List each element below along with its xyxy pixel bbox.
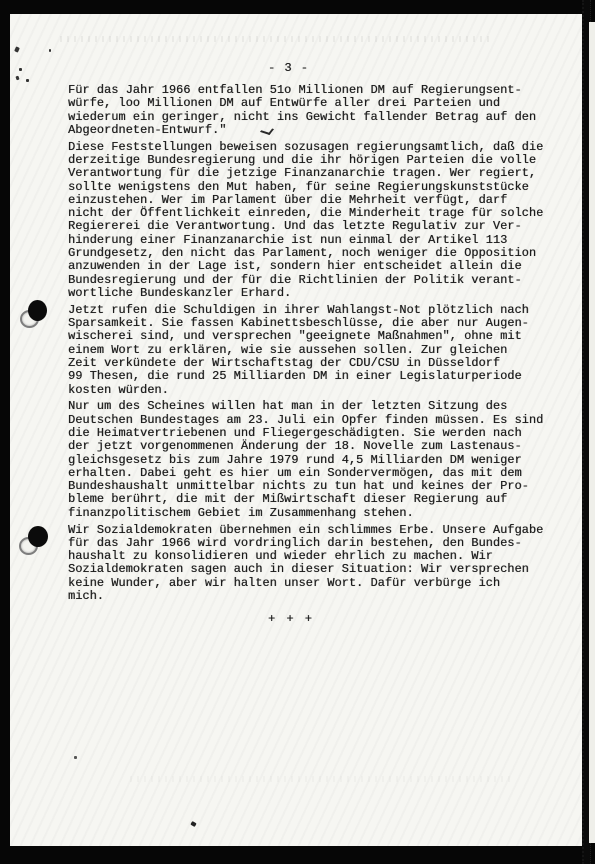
paragraph: Wir Sozialdemokraten übernehmen ein schl…	[68, 524, 576, 604]
page-number: - 3 -	[268, 61, 309, 75]
end-separator: + + +	[268, 612, 314, 626]
ink-speckle	[26, 79, 29, 82]
ink-speckle	[49, 49, 51, 52]
document-body: Für das Jahr 1966 entfallen 51o Millione…	[68, 84, 576, 607]
paragraph: Für das Jahr 1966 entfallen 51o Millione…	[68, 84, 576, 137]
scan-edge-sliver	[589, 22, 595, 843]
ink-speckle	[15, 76, 19, 81]
paragraph: Jetzt rufen die Schuldigen in ihrer Wahl…	[68, 304, 576, 397]
scanner-streak	[130, 776, 510, 782]
ink-speckle	[190, 821, 196, 827]
ink-blot-bottom	[28, 526, 48, 547]
paragraph: Nur um des Scheines willen hat man in de…	[68, 400, 576, 520]
document-page: - 3 - Für das Jahr 1966 entfallen 51o Mi…	[10, 14, 583, 846]
paragraph: Diese Feststellungen beweisen sozusagen …	[68, 141, 576, 301]
ink-speckle	[14, 46, 20, 52]
ink-blot-top	[28, 300, 47, 321]
ink-speckle	[19, 68, 22, 71]
scanner-streak	[60, 36, 490, 42]
ink-speckle	[74, 756, 77, 759]
